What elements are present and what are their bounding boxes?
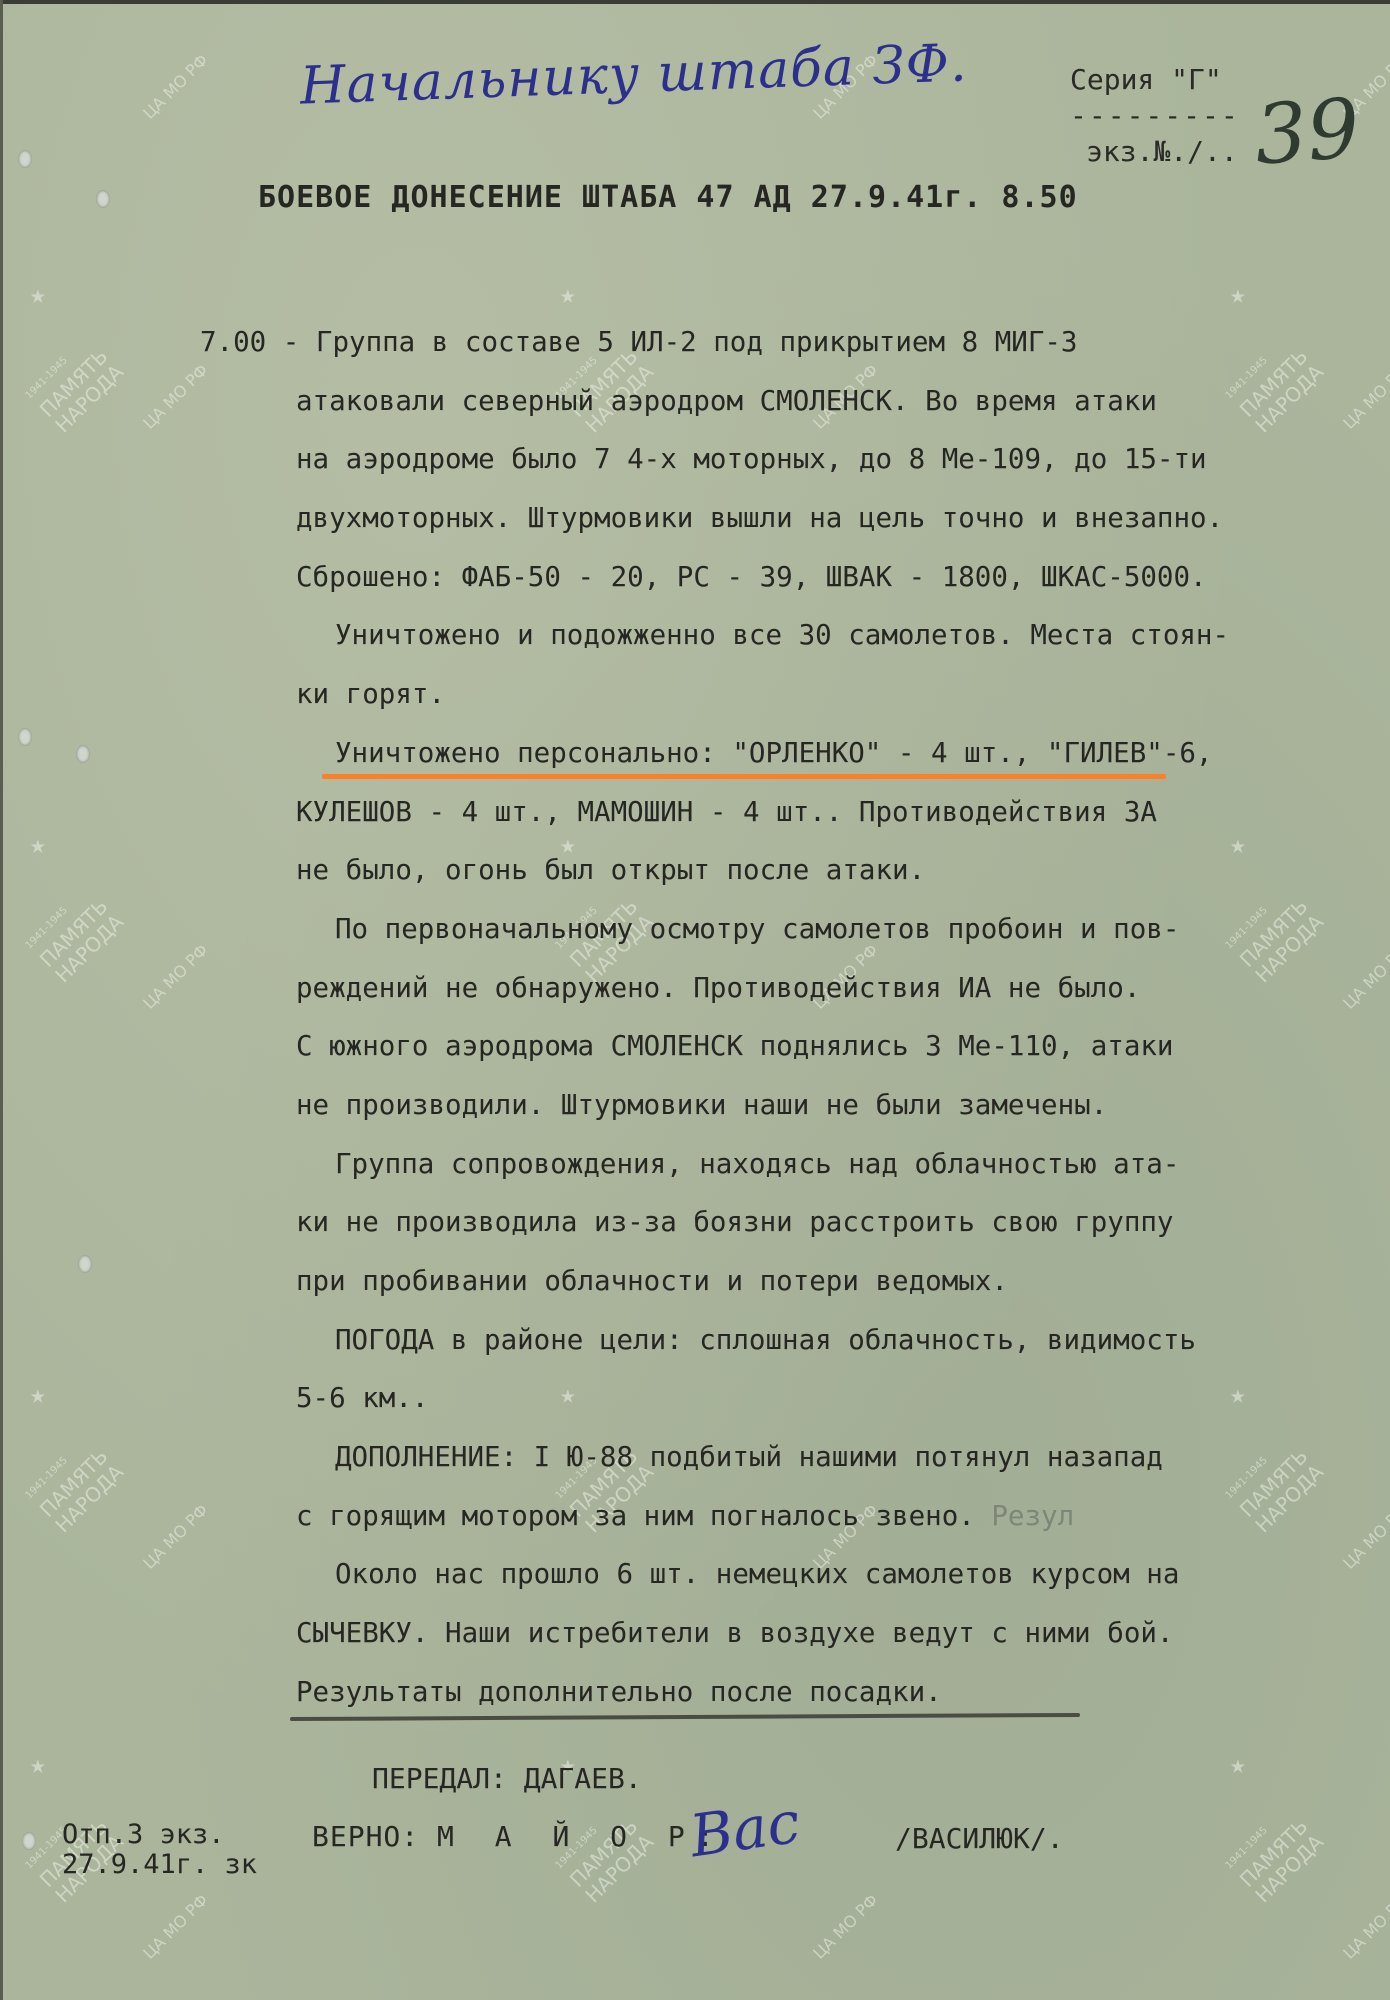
report-line-text: с горящим мотором за ним погналось звено…: [296, 1500, 975, 1532]
report-line: с горящим мотором за ним погналось звено…: [200, 1496, 1360, 1555]
report-line-text: Сброшено: ФАБ-50 - 20, РС - 39, ШВАК - 1…: [296, 561, 1207, 593]
report-line: ДОПОЛНЕНИЕ: I Ю-88 подбитый нашими потян…: [200, 1437, 1360, 1496]
report-line-text: на аэродроме было 7 4-х моторных, до 8 М…: [296, 443, 1207, 475]
series-label: Серия "Г": [1070, 62, 1240, 98]
report-line-text: Уничтожено и подожженно все 30 самолетов…: [335, 619, 1229, 651]
report-line: СЫЧЕВКУ. Наши истребители в воздухе веду…: [200, 1613, 1360, 1672]
report-body: 7.00 - Группа в составе 5 ИЛ-2 под прикр…: [200, 322, 1360, 1731]
report-line-text: 7.00 - Группа в составе 5 ИЛ-2 под прикр…: [200, 326, 1078, 358]
report-line: Около нас прошло 6 шт. немецких самолето…: [200, 1554, 1360, 1613]
report-line-text: 5-6 км..: [296, 1382, 428, 1414]
report-line: Уничтожено персонально: "ОРЛЕНКО" - 4 шт…: [200, 733, 1360, 792]
report-line-text: ки не производила из-за боязни расстроит…: [296, 1206, 1174, 1238]
punch-hole: [78, 1255, 92, 1273]
report-line-text: атаковали северный аэродром СМОЛЕНСК. Во…: [296, 385, 1157, 417]
report-line: ки не производила из-за боязни расстроит…: [200, 1202, 1360, 1261]
report-line-text: двухмоторных. Штурмовики вышли на цель т…: [296, 502, 1223, 534]
sheet-number-handwritten: 39: [1252, 81, 1363, 183]
document-title: БОЕВОЕ ДОНЕСЕНИЕ ШТАБА 47 АД 27.9.41г. 8…: [258, 180, 1078, 215]
report-line: 5-6 км..: [200, 1378, 1360, 1437]
report-line-text: СЫЧЕВКУ. Наши истребители в воздухе веду…: [296, 1617, 1174, 1649]
report-line: при пробивании облачности и потери ведом…: [200, 1261, 1360, 1320]
page-edge-left: [0, 0, 3, 2000]
report-line-text: не производили. Штурмовики наши не были …: [296, 1089, 1107, 1121]
report-line: не было, огонь был открыт после атаки.: [200, 850, 1360, 909]
verified-label: ВЕРНО:: [312, 1820, 419, 1853]
date-code: 27.9.41г. зк: [62, 1850, 257, 1880]
report-line: ПОГОДА в районе цели: сплошная облачност…: [200, 1320, 1360, 1379]
report-line: Результаты дополнительно после посадки.: [200, 1672, 1360, 1731]
verification-line: ВЕРНО: М А Й О Р:: [312, 1820, 726, 1853]
report-line: на аэродроме было 7 4-х моторных, до 8 М…: [200, 439, 1360, 498]
report-line-text: ки горят.: [296, 678, 445, 710]
report-line-text: реждений не обнаружено. Противодействия …: [296, 972, 1140, 1004]
highlight-underline: [322, 774, 1166, 779]
report-line: атаковали северный аэродром СМОЛЕНСК. Во…: [200, 381, 1360, 440]
report-line: 7.00 - Группа в составе 5 ИЛ-2 под прикр…: [200, 322, 1360, 381]
report-line-text: не было, огонь был открыт после атаки.: [296, 854, 925, 886]
report-line: Группа сопровождения, находясь над облач…: [200, 1144, 1360, 1203]
report-line: Сброшено: ФАБ-50 - 20, РС - 39, ШВАК - 1…: [200, 557, 1360, 616]
transmitted-by: ПЕРЕДАЛ: ДАГАЕВ.: [372, 1762, 642, 1795]
report-line-text: Результаты дополнительно после посадки.: [296, 1676, 942, 1708]
punch-hole: [22, 1832, 36, 1850]
report-line: По первоначальному осмотру самолетов про…: [200, 909, 1360, 968]
rank: М А Й О Р:: [437, 1820, 726, 1853]
report-line-text: Около нас прошло 6 шт. немецких самолето…: [335, 1558, 1179, 1590]
report-line: Уничтожено и подожженно все 30 самолетов…: [200, 615, 1360, 674]
punch-hole: [18, 728, 32, 746]
report-line-text: КУЛЕШОВ - 4 шт., МАМОШИН - 4 шт.. Против…: [296, 796, 1157, 828]
report-line-text: По первоначальному осмотру самолетов про…: [335, 913, 1179, 945]
series-divider: ---------: [1070, 98, 1240, 134]
punch-hole: [18, 150, 32, 168]
report-line-text: С южного аэродрома СМОЛЕНСК поднялись 3 …: [296, 1030, 1174, 1062]
report-line-text: при пробивании облачности и потери ведом…: [296, 1265, 1008, 1297]
report-line-text: Группа сопровождения, находясь над облач…: [335, 1148, 1179, 1180]
report-line: С южного аэродрома СМОЛЕНСК поднялись 3 …: [200, 1026, 1360, 1085]
report-line-text: ПОГОДА в районе цели: сплошная облачност…: [335, 1324, 1196, 1356]
copies-info: Отп.3 экз. 27.9.41г. зк: [62, 1820, 257, 1880]
report-line: ки горят.: [200, 674, 1360, 733]
report-line: двухмоторных. Штурмовики вышли на цель т…: [200, 498, 1360, 557]
copies-count: Отп.3 экз.: [62, 1820, 257, 1850]
report-line: не производили. Штурмовики наши не были …: [200, 1085, 1360, 1144]
signatory-name: /ВАСИЛЮК/.: [895, 1822, 1064, 1855]
report-line-text: ДОПОЛНЕНИЕ: I Ю-88 подбитый нашими потян…: [335, 1441, 1163, 1473]
report-line: реждений не обнаружено. Противодействия …: [200, 968, 1360, 1027]
report-line: КУЛЕШОВ - 4 шт., МАМОШИН - 4 шт.. Против…: [200, 792, 1360, 851]
copy-number: экз.№./..: [1070, 134, 1240, 170]
report-line-text: Уничтожено персонально: "ОРЛЕНКО" - 4 шт…: [335, 737, 1213, 769]
punch-hole: [96, 190, 110, 208]
page-edge-top: [0, 0, 1390, 4]
struck-text: Резул: [975, 1500, 1074, 1532]
series-block: Серия "Г" --------- экз.№./..: [1070, 62, 1240, 170]
punch-hole: [76, 745, 90, 763]
